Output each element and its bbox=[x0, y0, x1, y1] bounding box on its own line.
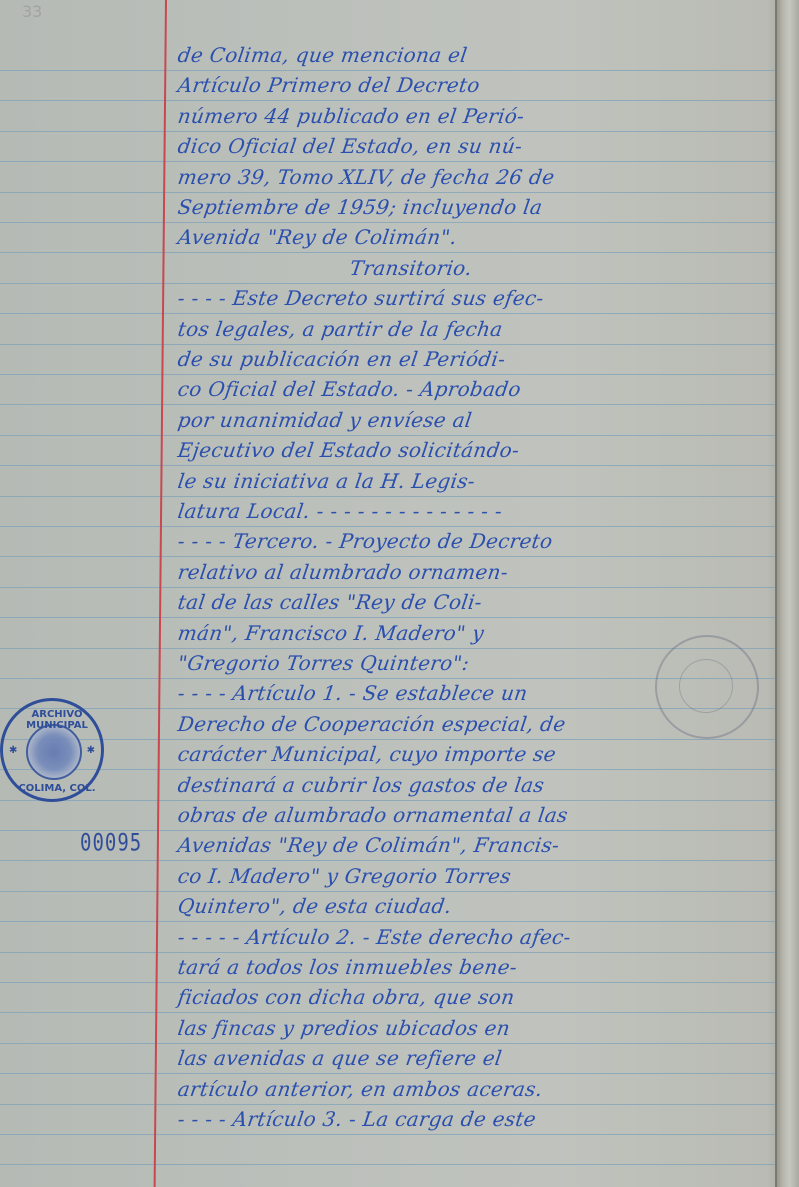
stamp-star-icon: ✱ bbox=[87, 745, 95, 756]
handwritten-line: de Colima, que menciona el bbox=[176, 40, 780, 70]
stamp-top-text: ARCHIVO MUNICIPAL bbox=[17, 709, 97, 731]
handwritten-line: Septiembre de 1959; incluyendo la bbox=[176, 192, 780, 222]
handwritten-line: Derecho de Cooperación especial, de bbox=[176, 709, 780, 739]
handwritten-line: latura Local. - - - - - - - - - - - - - … bbox=[176, 496, 780, 526]
handwritten-line: - - - - Artículo 1. - Se establece un bbox=[176, 678, 780, 708]
handwritten-line: número 44 publicado en el Perió- bbox=[176, 101, 780, 131]
handwritten-line: Avenidas "Rey de Colimán", Francis- bbox=[176, 830, 780, 860]
handwritten-line: Avenida "Rey de Colimán". bbox=[176, 222, 780, 252]
stamp-bottom-text: COLIMA, COL. bbox=[17, 783, 97, 794]
handwritten-line: carácter Municipal, cuyo importe se bbox=[176, 739, 780, 769]
document-page: 33 ARCHIVO MUNICIPAL COLIMA, COL. ✱ ✱ 00… bbox=[0, 0, 799, 1187]
handwritten-line: Ejecutivo del Estado solicitándo- bbox=[176, 435, 780, 465]
handwritten-line: co Oficial del Estado. - Aprobado bbox=[176, 374, 780, 404]
ruled-line bbox=[0, 1164, 780, 1165]
handwritten-line: destinará a cubrir los gastos de las bbox=[176, 770, 780, 800]
handwritten-line: tos legales, a partir de la fecha bbox=[176, 314, 780, 344]
handwritten-line: las fincas y predios ubicados en bbox=[176, 1013, 780, 1043]
handwritten-line: le su iniciativa a la H. Legis- bbox=[176, 466, 780, 496]
archive-stamp: ARCHIVO MUNICIPAL COLIMA, COL. ✱ ✱ bbox=[0, 698, 104, 802]
handwritten-line: - - - - Tercero. - Proyecto de Decreto bbox=[176, 526, 780, 556]
handwritten-line: de su publicación en el Periódi- bbox=[176, 344, 780, 374]
handwritten-line: mero 39, Tomo XLIV, de fecha 26 de bbox=[176, 162, 780, 192]
handwritten-line: - - - - - Artículo 2. - Este derecho afe… bbox=[176, 922, 780, 952]
handwritten-line: mán", Francisco I. Madero" y bbox=[176, 618, 780, 648]
handwritten-line: ficiados con dicha obra, que son bbox=[176, 982, 780, 1012]
faded-corner-mark: 33 bbox=[22, 2, 42, 21]
handwritten-line: tal de las calles "Rey de Coli- bbox=[176, 587, 780, 617]
handwritten-line: Transitorio. bbox=[348, 253, 799, 283]
handwritten-line: "Gregorio Torres Quintero": bbox=[176, 648, 780, 678]
stamp-star-icon: ✱ bbox=[9, 745, 17, 756]
handwritten-line: por unanimidad y envíese al bbox=[176, 405, 780, 435]
handwritten-line: obras de alumbrado ornamental a las bbox=[176, 800, 780, 830]
handwritten-line: tará a todos los inmuebles bene- bbox=[176, 952, 780, 982]
handwritten-line: Quintero", de esta ciudad. bbox=[176, 891, 780, 921]
folio-number: 00095 bbox=[80, 829, 142, 857]
handwritten-line: artículo anterior, en ambos aceras. bbox=[176, 1074, 780, 1104]
stamp-seal-emblem-icon bbox=[26, 724, 82, 780]
handwritten-line: - - - - Este Decreto surtirá sus efec- bbox=[176, 283, 780, 313]
handwritten-line: Artículo Primero del Decreto bbox=[176, 70, 780, 100]
handwritten-line: relativo al alumbrado ornamen- bbox=[176, 557, 780, 587]
handwritten-line: co I. Madero" y Gregorio Torres bbox=[176, 861, 780, 891]
ruled-line bbox=[0, 1134, 780, 1135]
handwritten-line: - - - - Artículo 3. - La carga de este bbox=[176, 1104, 780, 1134]
red-margin-line bbox=[154, 0, 167, 1187]
handwritten-line: las avenidas a que se refiere el bbox=[176, 1043, 780, 1073]
handwritten-line: dico Oficial del Estado, en su nú- bbox=[176, 131, 780, 161]
